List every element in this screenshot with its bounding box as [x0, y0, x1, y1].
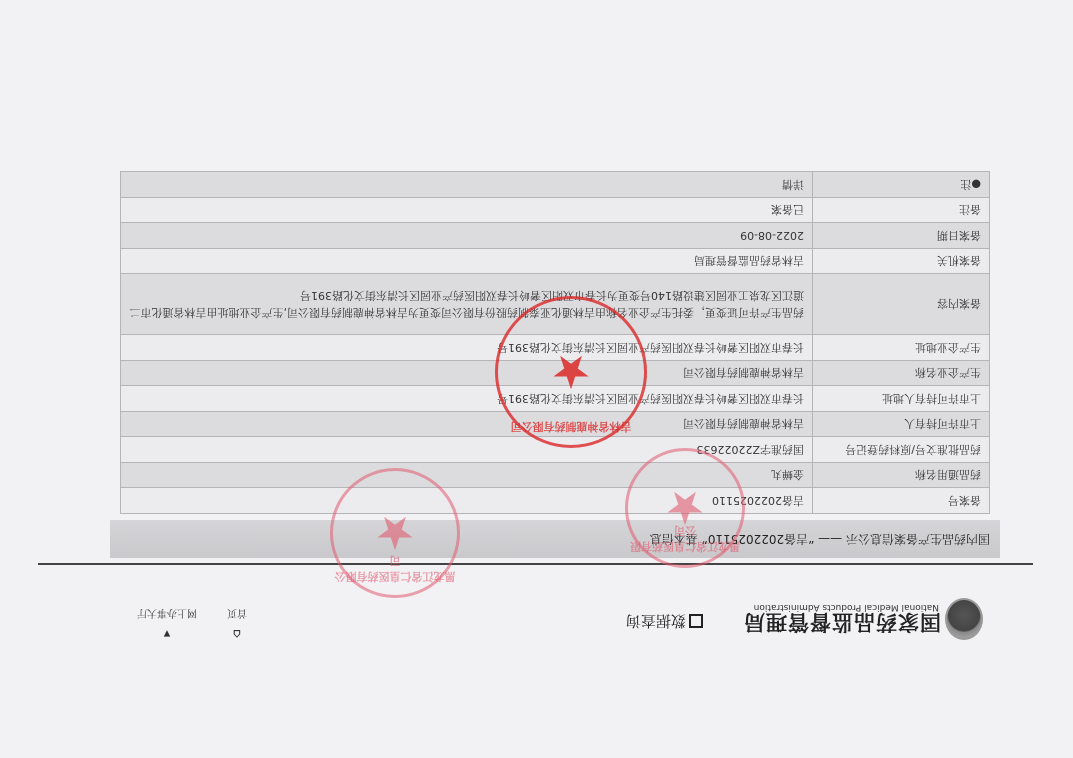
row-value: 长春市双阳区奢岭长春双阳医药产业园区长清东街文化路391号	[121, 335, 813, 361]
table-row: 药品通用名称金蝉丸	[121, 463, 990, 489]
header-divider	[38, 563, 1033, 565]
row-value: 已备案	[121, 198, 813, 224]
data-query-label: 数据查询	[626, 611, 686, 632]
row-label: 备注	[813, 198, 990, 224]
row-label: 备案机关	[813, 249, 990, 275]
table-row: 备注已备案	[121, 198, 990, 224]
home-icon: ⌂	[233, 626, 241, 640]
table-row: 备案日期2022-08-09	[121, 223, 990, 249]
star-icon: ★	[550, 349, 591, 395]
table-row: 备案机关吉林省药品监督管理局	[121, 249, 990, 275]
row-value: 长春市双阳区奢岭长春双阳医药产业园区长清东街文化路391号	[121, 386, 813, 412]
table-row: 备案号吉备2022025110	[121, 488, 990, 514]
site-name-en: National Medical Products Administration	[754, 602, 939, 612]
row-label: 药品通用名称	[813, 463, 990, 489]
star-icon: ★	[374, 510, 415, 556]
document-page: 国家药品监督管理局 National Medical Products Admi…	[0, 0, 1073, 758]
seal-stamp: 黑龙江省仁皇医药有限公司 ★	[625, 448, 745, 568]
seal-stamp: 吉林省神鹿制药有限公司 ★	[495, 296, 647, 448]
row-value: 药品生产许可证变更，委托生产企业名称由吉林通化亚泰制药股份有限公司变更为吉林省神…	[121, 274, 813, 335]
site-name: 国家药品监督管理局	[743, 608, 941, 638]
page-title: 国内药品生产备案信息公示 —— “吉备2022025110” 基本信息	[110, 520, 1000, 558]
seal-stamp: 黑龙江省仁皇医药有限公司 ★	[330, 468, 460, 598]
table-row: ●注详情	[121, 172, 990, 198]
row-value: 吉林省神鹿制药有限公司	[121, 361, 813, 387]
service-hall-icon: ▾	[164, 626, 171, 640]
row-label: 生产企业名称	[813, 361, 990, 387]
row-label: 生产企业地址	[813, 335, 990, 361]
search-icon	[689, 615, 703, 629]
national-emblem-icon	[945, 598, 983, 640]
row-label: ●注	[813, 172, 990, 198]
row-label: 药品批准文号/原料药登记号	[813, 437, 990, 463]
row-label: 备案内容	[813, 274, 990, 335]
data-query-link[interactable]: 数据查询	[626, 611, 703, 632]
nav-home[interactable]: ⌂ 首页	[227, 607, 247, 640]
details-link[interactable]: 详情	[121, 172, 813, 198]
row-label: 备案号	[813, 488, 990, 514]
row-label: 备案日期	[813, 223, 990, 249]
row-label: 上市许可持有人地址	[813, 386, 990, 412]
nav-service-hall-label: 网上办事大厅	[137, 607, 197, 622]
row-value: 2022-08-09	[121, 223, 813, 249]
row-value: 吉林省神鹿制药有限公司	[121, 412, 813, 438]
row-value: 吉林省药品监督管理局	[121, 249, 813, 275]
nav-home-label: 首页	[227, 607, 247, 622]
row-label: 上市许可持有人	[813, 412, 990, 438]
nav-service-hall[interactable]: ▾ 网上办事大厅	[137, 607, 197, 640]
